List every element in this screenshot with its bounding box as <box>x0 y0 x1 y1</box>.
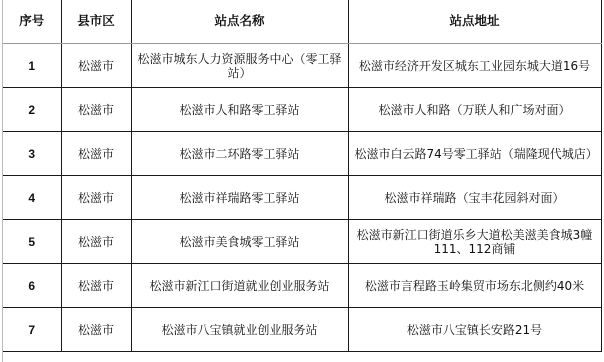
row-station-address: 松滋市言程路玉岭集贸市场东北侧约40米 <box>348 264 601 308</box>
row-district: 松滋市 <box>61 132 131 176</box>
table-row: 6 松滋市 松滋市新江口街道就业创业服务站 松滋市言程路玉岭集贸市场东北侧约40… <box>3 264 601 308</box>
table-row: 5 松滋市 松滋市美食城零工驿站 松滋市新江口街道乐乡大道松美滋美食城3幢111… <box>3 220 601 264</box>
row-index: 6 <box>3 264 61 308</box>
header-row: 序号 县市区 站点名称 站点地址 <box>3 0 601 44</box>
row-station-address: 松滋市经济开发区城东工业园东城大道16号 <box>348 44 601 88</box>
row-district: 松滋市 <box>61 176 131 220</box>
row-station-address: 松滋市白云路74号零工驿站（瑞隆现代城店） <box>348 132 601 176</box>
header-station-name: 站点名称 <box>131 0 348 44</box>
table-row: 3 松滋市 松滋市二环路零工驿站 松滋市白云路74号零工驿站（瑞隆现代城店） <box>3 132 601 176</box>
row-district: 松滋市 <box>61 44 131 88</box>
table-row: 7 松滋市 松滋市八宝镇就业创业服务站 松滋市八宝镇长安路21号 <box>3 308 601 352</box>
row-station-name: 松滋市二环路零工驿站 <box>131 132 348 176</box>
table-row: 1 松滋市 松滋市城东人力资源服务中心（零工驿站） 松滋市经济开发区城东工业园东… <box>3 44 601 88</box>
table-row: 4 松滋市 松滋市祥瑞路零工驿站 松滋市祥瑞路（宝丰花园斜对面） <box>3 176 601 220</box>
row-station-name: 松滋市祥瑞路零工驿站 <box>131 176 348 220</box>
row-index: 3 <box>3 132 61 176</box>
row-district: 松滋市 <box>61 264 131 308</box>
row-index: 7 <box>3 308 61 352</box>
table-row: 2 松滋市 松滋市人和路零工驿站 松滋市人和路（万联人和广场对面） <box>3 88 601 132</box>
row-station-name: 松滋市人和路零工驿站 <box>131 88 348 132</box>
row-index: 5 <box>3 220 61 264</box>
row-index: 1 <box>3 44 61 88</box>
row-station-name: 松滋市新江口街道就业创业服务站 <box>131 264 348 308</box>
row-station-name: 松滋市八宝镇就业创业服务站 <box>131 308 348 352</box>
table-body: 1 松滋市 松滋市城东人力资源服务中心（零工驿站） 松滋市经济开发区城东工业园东… <box>3 44 601 352</box>
row-district: 松滋市 <box>61 220 131 264</box>
row-station-address: 松滋市人和路（万联人和广场对面） <box>348 88 601 132</box>
row-district: 松滋市 <box>61 88 131 132</box>
header-station-address: 站点地址 <box>348 0 601 44</box>
row-index: 2 <box>3 88 61 132</box>
row-district: 松滋市 <box>61 308 131 352</box>
header-district: 县市区 <box>61 0 131 44</box>
station-table: 序号 县市区 站点名称 站点地址 1 松滋市 松滋市城东人力资源服务中心（零工驿… <box>3 0 602 352</box>
row-station-name: 松滋市美食城零工驿站 <box>131 220 348 264</box>
row-station-address: 松滋市八宝镇长安路21号 <box>348 308 601 352</box>
header-index: 序号 <box>3 0 61 44</box>
table-header: 序号 县市区 站点名称 站点地址 <box>3 0 601 44</box>
row-index: 4 <box>3 176 61 220</box>
row-station-address: 松滋市祥瑞路（宝丰花园斜对面） <box>348 176 601 220</box>
row-station-address: 松滋市新江口街道乐乡大道松美滋美食城3幢111、112商铺 <box>348 220 601 264</box>
row-station-name: 松滋市城东人力资源服务中心（零工驿站） <box>131 44 348 88</box>
